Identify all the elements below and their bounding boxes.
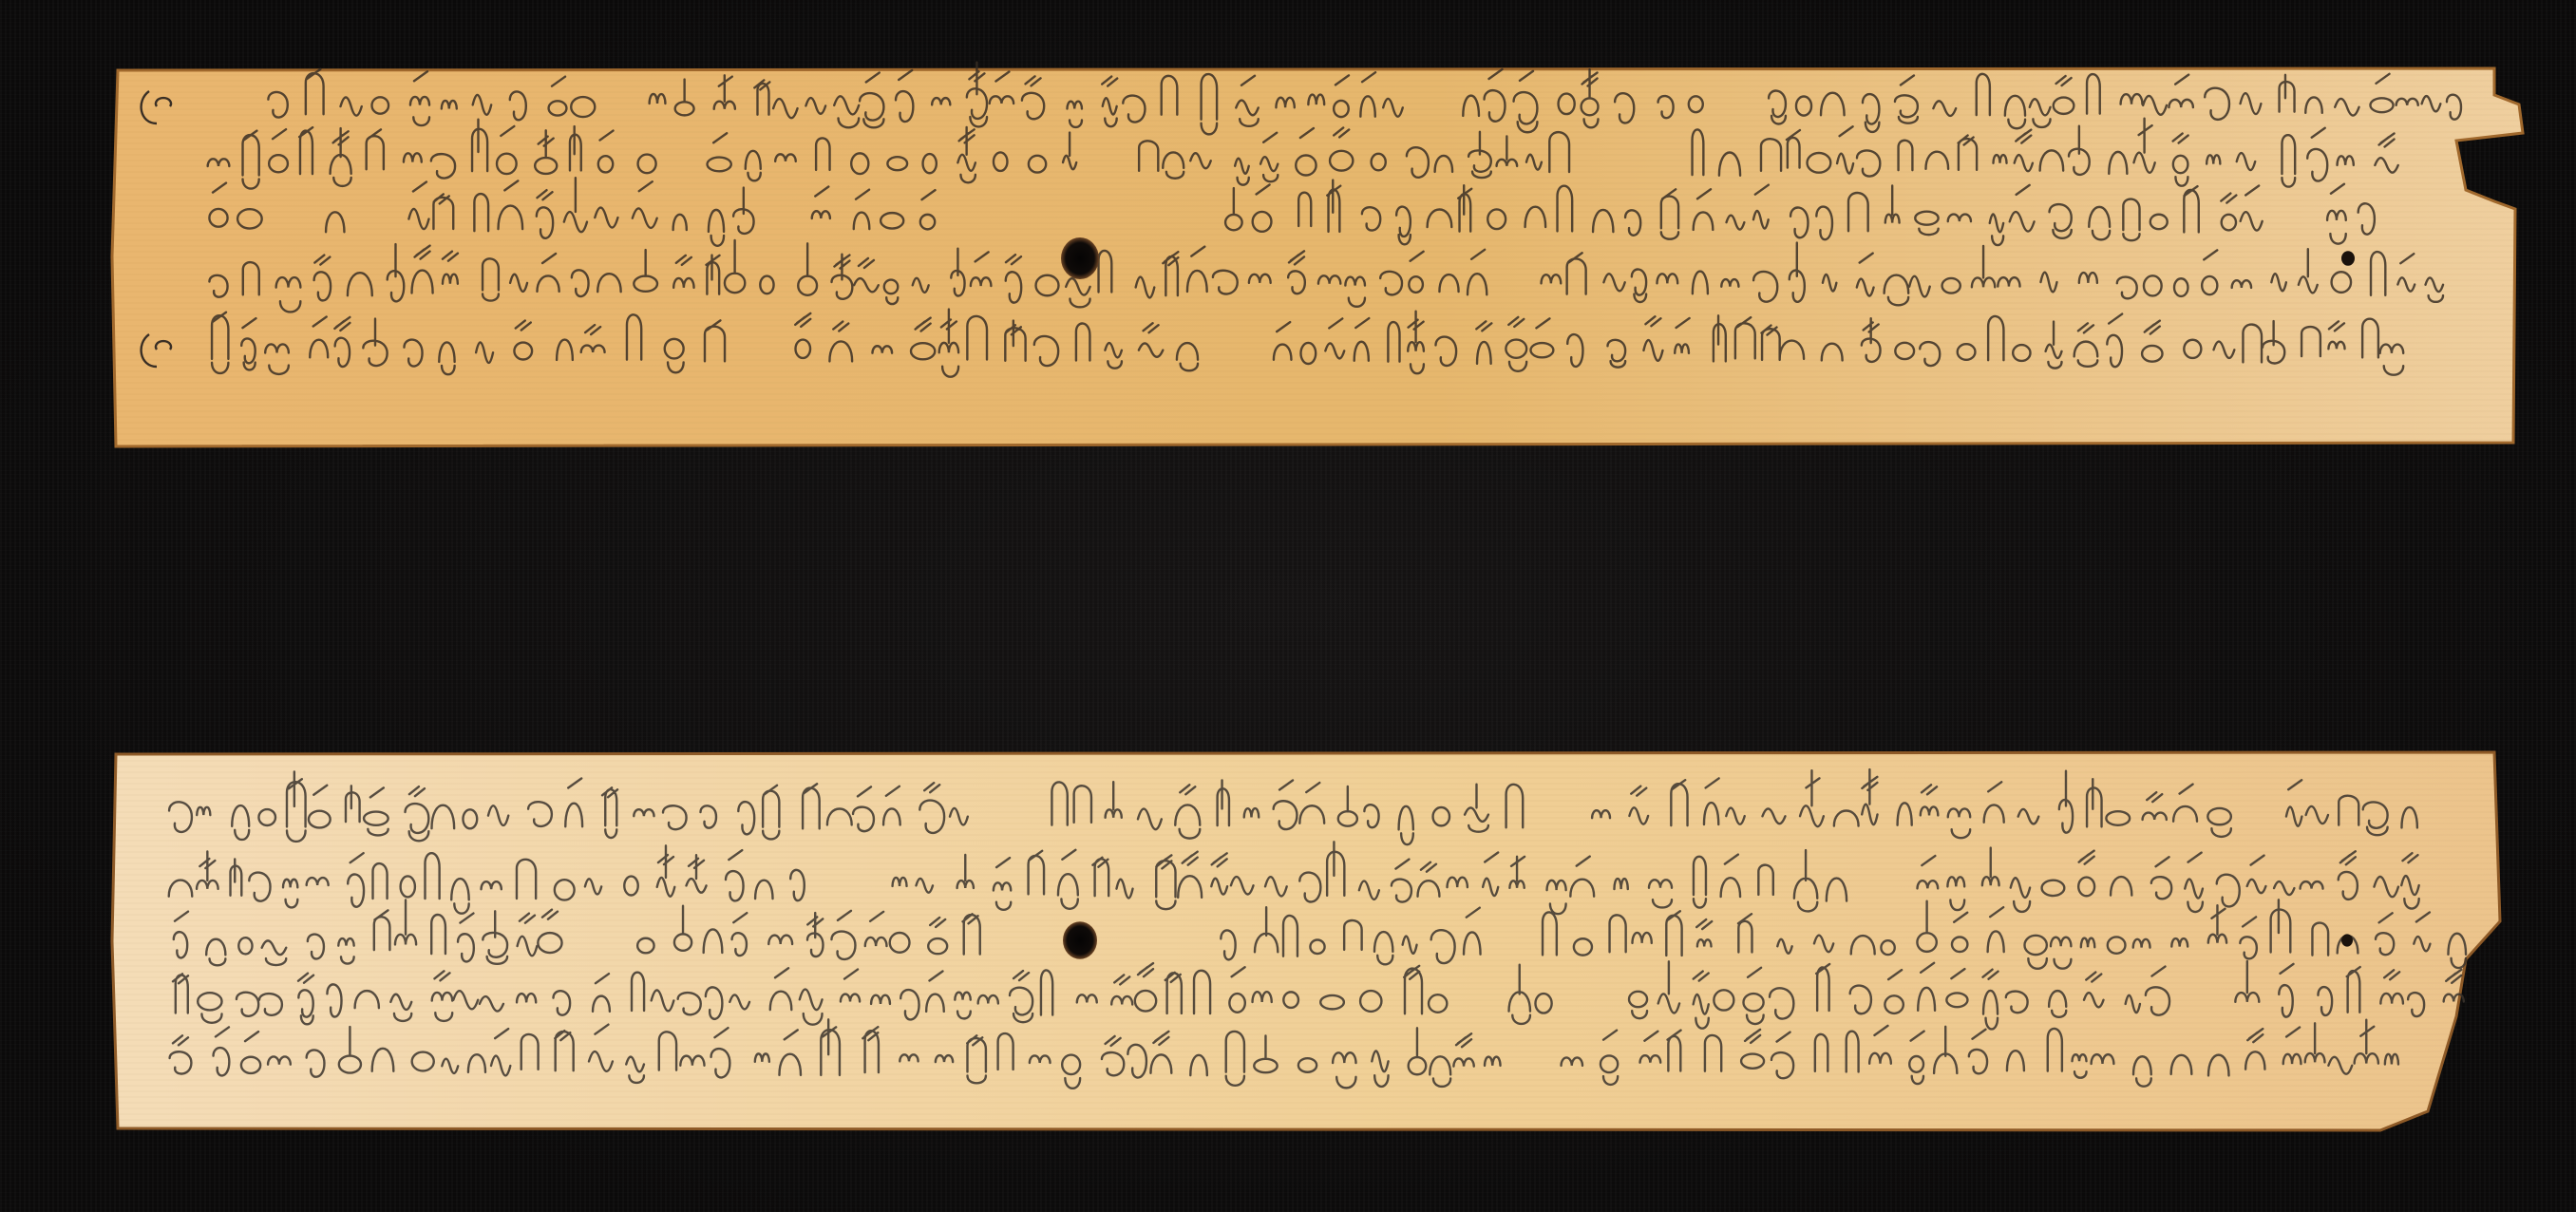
ink-blot	[2341, 251, 2355, 265]
palm-leaf-top	[112, 66, 2523, 446]
ink-blot	[2341, 934, 2353, 946]
string-hole	[1063, 921, 1097, 959]
leaf-surface	[112, 66, 2523, 446]
palm-leaf-bottom	[112, 752, 2523, 1130]
leaf-surface	[112, 752, 2523, 1130]
string-hole	[1061, 237, 1099, 279]
